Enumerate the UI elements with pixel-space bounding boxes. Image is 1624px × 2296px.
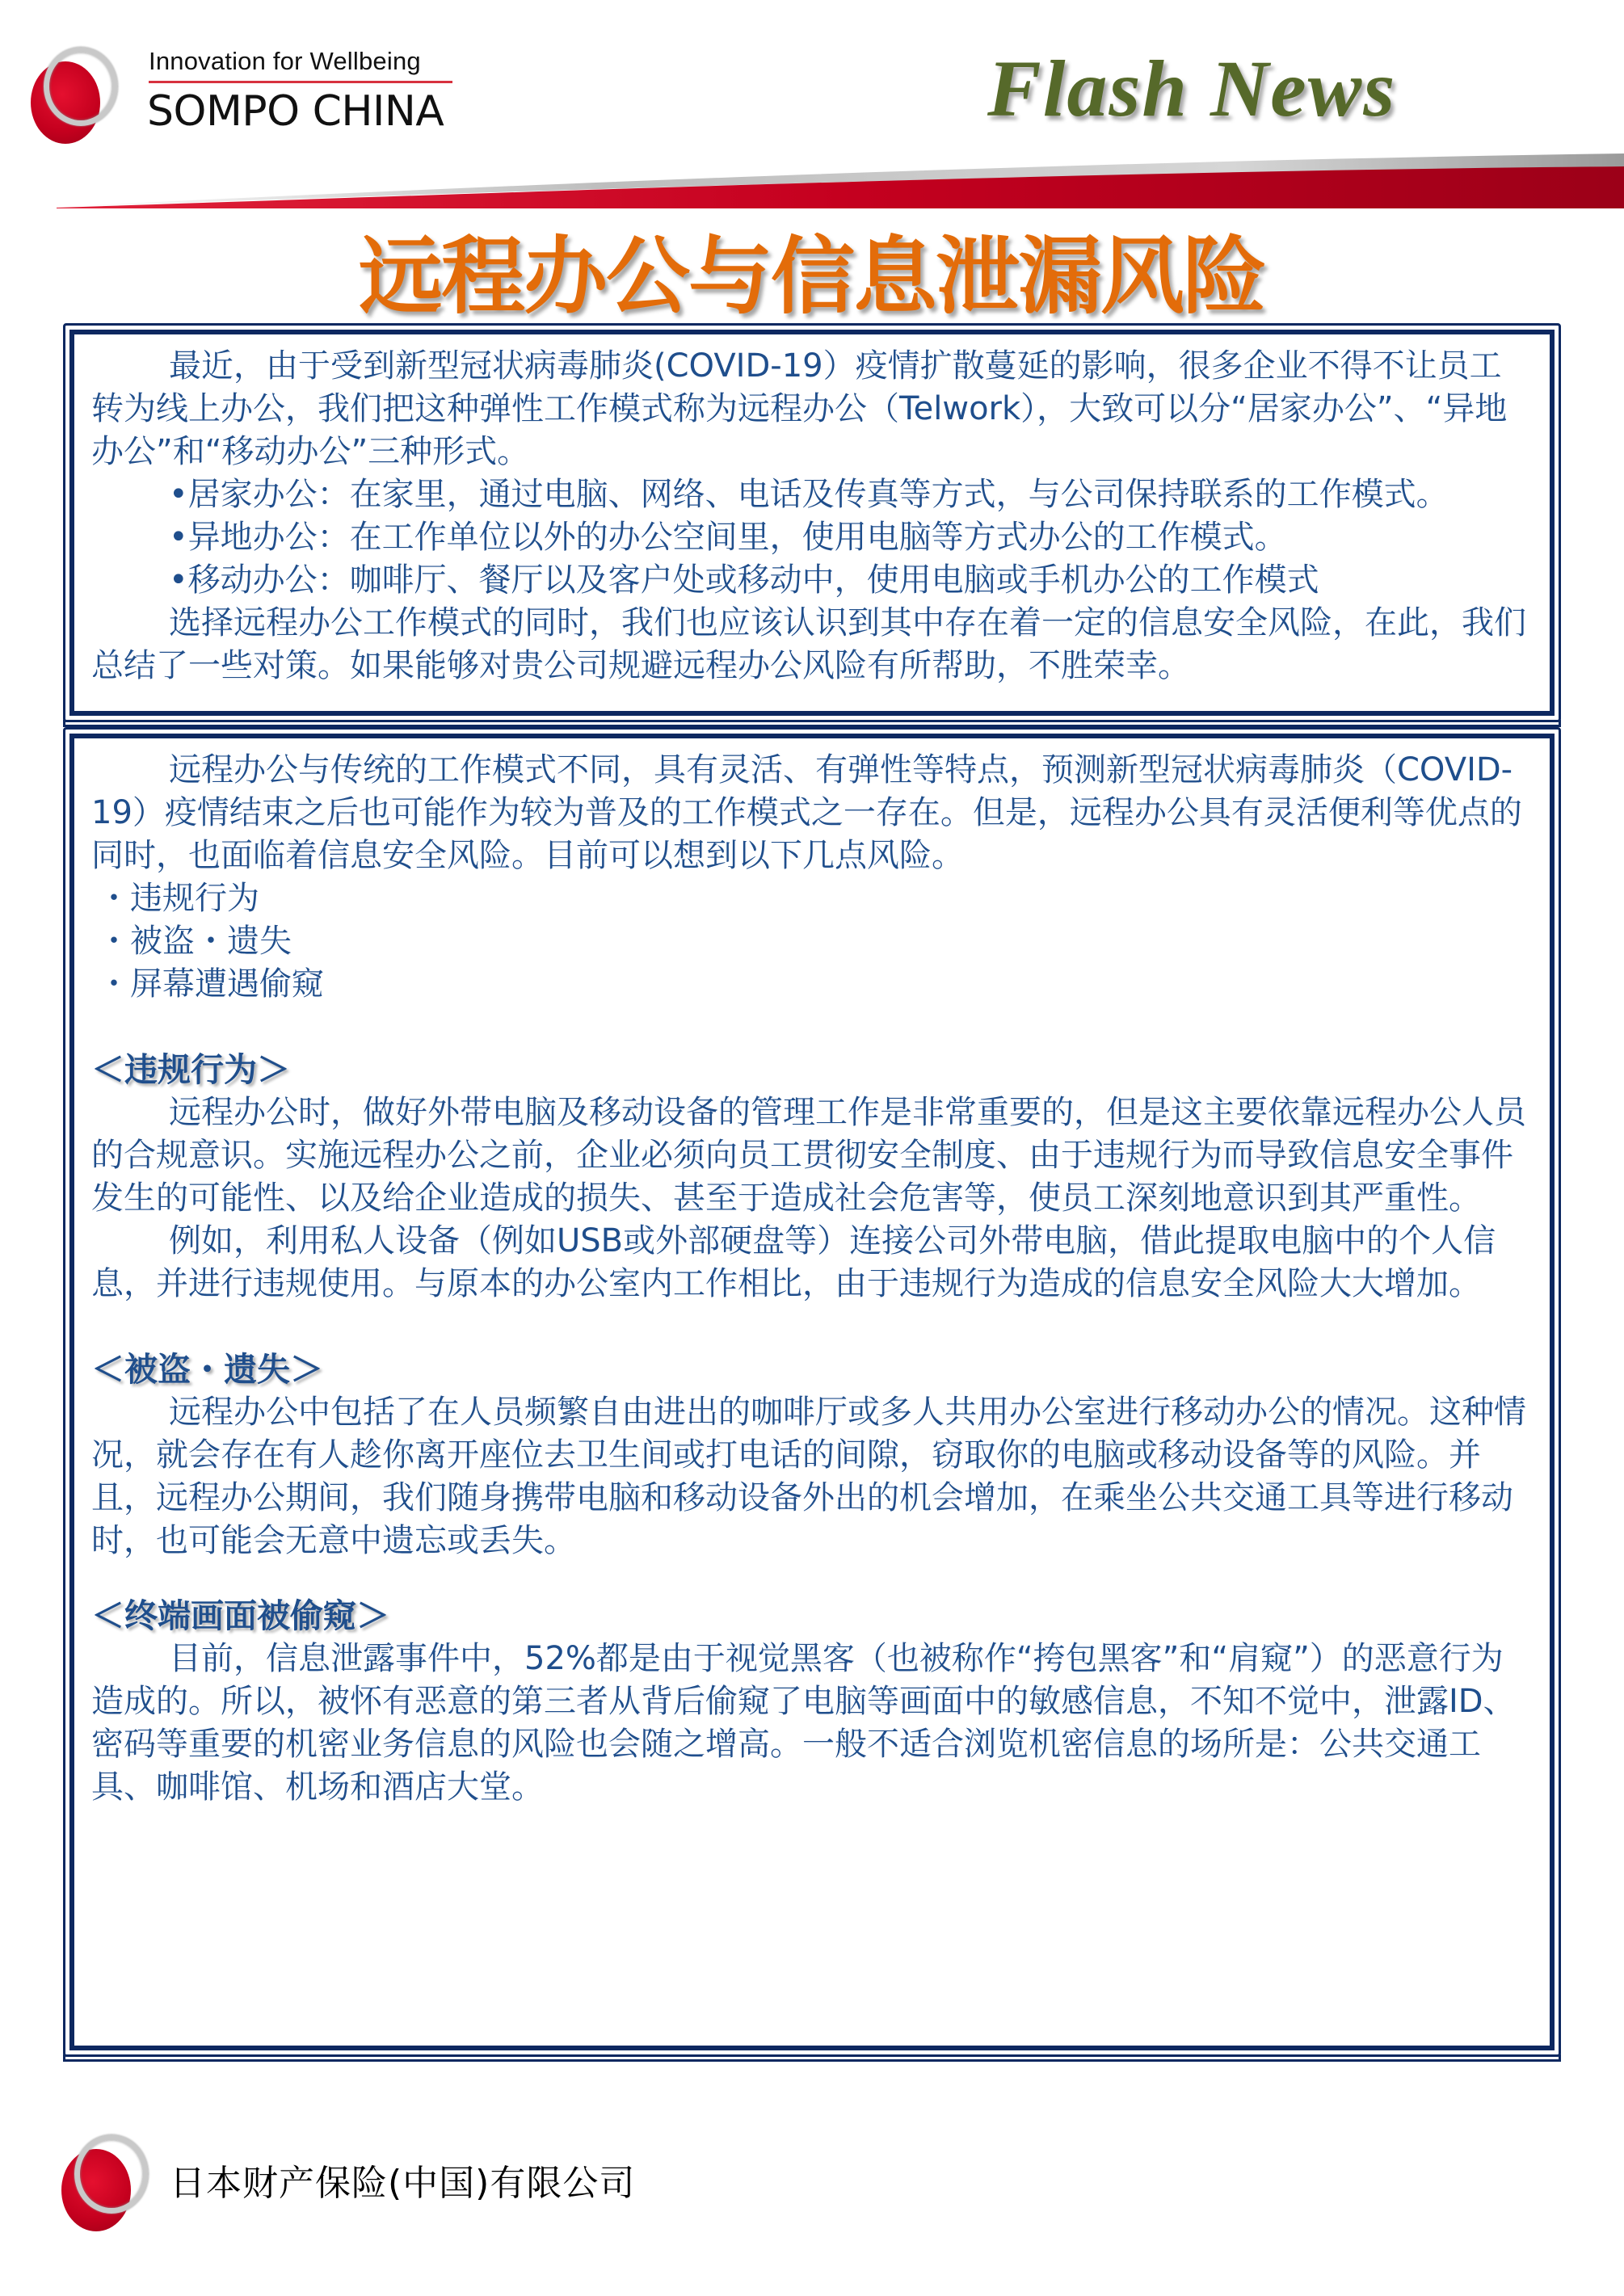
brand-divider bbox=[149, 81, 452, 83]
section-paragraph: 例如，利用私人设备（例如USB或外部硬盘等）连接公司外带电脑，借此提取电脑中的个… bbox=[91, 1220, 1533, 1306]
brand-tagline: Innovation for Wellbeing bbox=[149, 47, 421, 76]
page-title: 远程办公与信息泄漏风险 bbox=[0, 208, 1624, 330]
brand-name: SOMPO CHINA bbox=[147, 87, 444, 136]
section-heading-theft-loss: ＜被盗・遗失＞ bbox=[91, 1348, 1533, 1391]
section-paragraph: 目前，信息泄露事件中，52%都是由于视觉黑客（也被称作“挎包黑客”和“肩窥”）的… bbox=[91, 1638, 1533, 1809]
section-paragraph: 远程办公中包括了在人员频繁自由进出的咖啡厅或多人共用办公室进行移动办公的情况。这… bbox=[91, 1391, 1533, 1562]
intro-bullet-home-office: •居家办公：在家里，通过电脑、网络、电话及传真等方式，与公司保持联系的工作模式。 bbox=[91, 473, 1533, 516]
section-heading-screen-peeping: ＜终端画面被偷窥＞ bbox=[91, 1595, 1533, 1638]
risk-overview: 远程办公与传统的工作模式不同，具有灵活、有弹性等特点，预测新型冠状病毒肺炎（CO… bbox=[91, 749, 1533, 877]
footer-company-name: 日本财产保险(中国)有限公司 bbox=[170, 2154, 635, 2206]
section-paragraph: 远程办公时，做好外带电脑及移动设备的管理工作是非常重要的，但是这主要依靠远程办公… bbox=[91, 1091, 1533, 1220]
sompo-logo-icon bbox=[31, 47, 128, 144]
intro-bullet-remote-site: •异地办公：在工作单位以外的办公空间里，使用电脑等方式办公的工作模式。 bbox=[91, 516, 1533, 559]
intro-paragraph: 最近，由于受到新型冠状病毒肺炎(COVID-19）疫情扩散蔓延的影响，很多企业不… bbox=[91, 345, 1533, 473]
risk-list-item: ・屏幕遭遇偷窥 bbox=[91, 963, 1533, 1006]
risk-list-item: ・违规行为 bbox=[91, 877, 1533, 920]
section-heading-violation: ＜违规行为＞ bbox=[91, 1049, 1533, 1091]
intro-box: 最近，由于受到新型冠状病毒肺炎(COVID-19）疫情扩散蔓延的影响，很多企业不… bbox=[63, 323, 1561, 722]
intro-bullet-mobile: •移动办公：咖啡厅、餐厅以及客户处或移动中，使用电脑或手机办公的工作模式 bbox=[91, 559, 1533, 602]
risk-list-item: ・被盗・遗失 bbox=[91, 920, 1533, 963]
risk-box: 远程办公与传统的工作模式不同，具有灵活、有弹性等特点，预测新型冠状病毒肺炎（CO… bbox=[63, 727, 1561, 2057]
intro-closing: 选择远程办公工作模式的同时，我们也应该认识到其中存在着一定的信息安全风险，在此，… bbox=[91, 602, 1533, 688]
sompo-footer-logo-icon bbox=[61, 2134, 158, 2231]
flash-news-banner: Flash News bbox=[987, 42, 1396, 135]
